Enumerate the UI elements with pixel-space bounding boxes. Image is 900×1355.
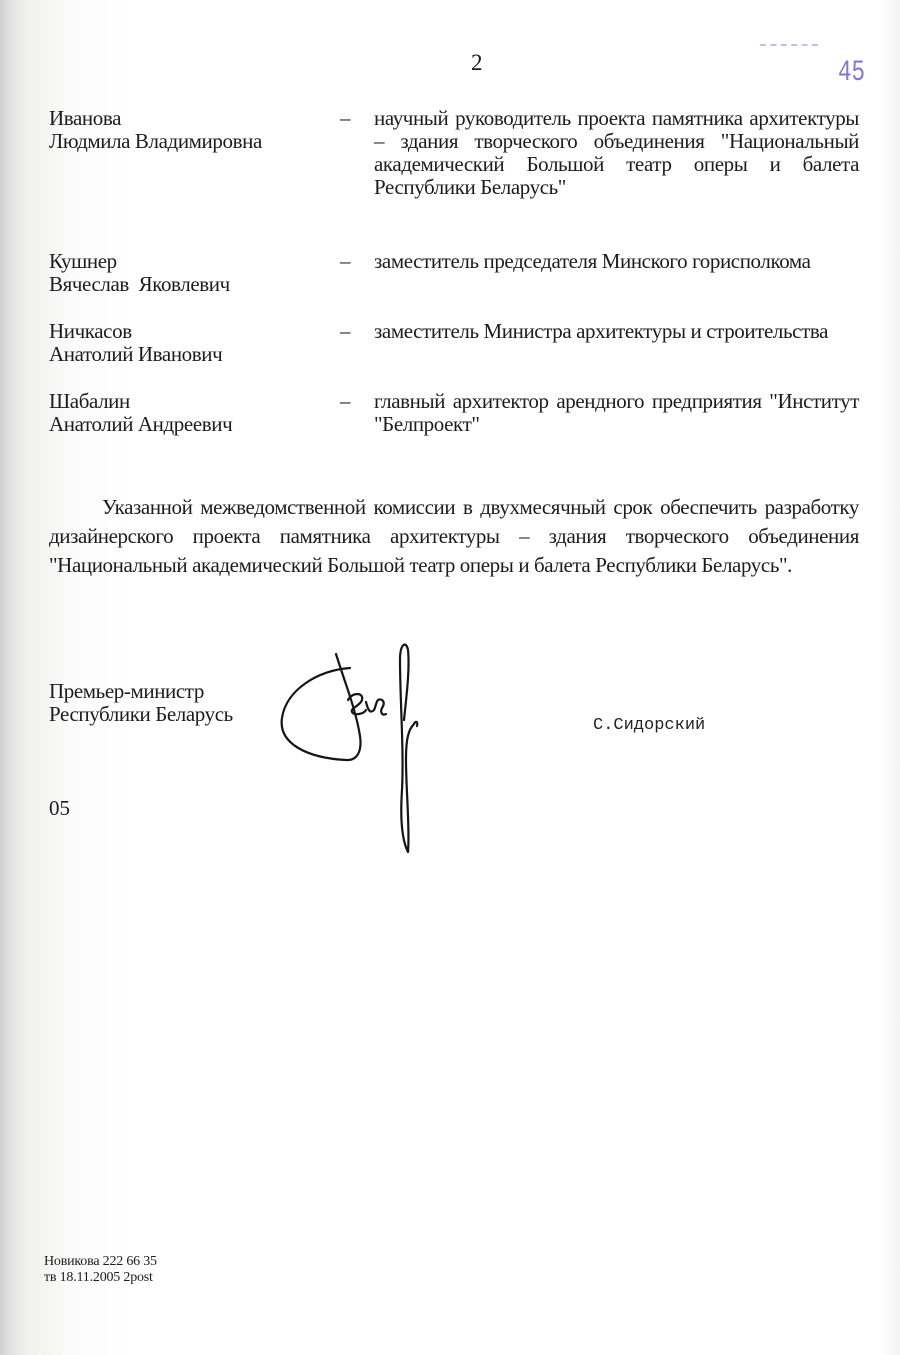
member-name: Ничкасов Анатолий Иванович xyxy=(49,320,339,366)
stamp-mark xyxy=(760,44,818,48)
member-surname: Ничкасов xyxy=(49,320,339,343)
directive-paragraph: Указанной межведомственной комиссии в дв… xyxy=(49,493,859,580)
handwritten-signature-icon xyxy=(278,640,438,860)
footer-line2: тв 18.11.2005 2post xyxy=(44,1270,157,1286)
member-dash: – xyxy=(340,107,360,130)
member-dash: – xyxy=(340,390,360,413)
commission-member: Шабалин Анатолий Андреевич – главный арх… xyxy=(49,390,859,436)
member-given-names: Анатолий Иванович xyxy=(49,343,339,366)
footer-line1: Новикова 222 66 35 xyxy=(44,1254,157,1270)
signer-title-line2: Республики Беларусь xyxy=(49,703,233,726)
archive-stamp-number: 45 xyxy=(838,56,865,90)
signer-name: С.Сидорский xyxy=(593,716,705,735)
member-role: главный архитектор арендного предприятия… xyxy=(374,390,859,436)
commission-member: Иванова Людмила Владимировна – научный р… xyxy=(49,107,859,225)
member-name: Шабалин Анатолий Андреевич xyxy=(49,390,339,436)
member-role: научный руководитель проекта памятника а… xyxy=(374,107,859,199)
document-code: 05 xyxy=(49,797,70,820)
member-name: Кушнер Вячеслав Яковлевич xyxy=(49,250,339,296)
page-number: 2 xyxy=(471,50,483,76)
member-given-names: Анатолий Андреевич xyxy=(49,413,339,436)
commission-member: Ничкасов Анатолий Иванович – заместитель… xyxy=(49,320,859,366)
member-surname: Кушнер xyxy=(49,250,339,273)
footer-executor: Новикова 222 66 35 тв 18.11.2005 2post xyxy=(44,1254,157,1286)
commission-member: Кушнер Вячеслав Яковлевич – заместитель … xyxy=(49,250,859,296)
signer-title: Премьер-министр Республики Беларусь xyxy=(49,680,233,726)
member-given-names: Вячеслав Яковлевич xyxy=(49,273,339,296)
member-surname: Иванова xyxy=(49,107,339,130)
member-role: заместитель председателя Минского горисп… xyxy=(374,250,859,273)
signer-title-line1: Премьер-министр xyxy=(49,680,233,703)
member-given-names: Людмила Владимировна xyxy=(49,130,339,153)
member-dash: – xyxy=(340,320,360,343)
member-dash: – xyxy=(340,250,360,273)
member-surname: Шабалин xyxy=(49,390,339,413)
member-name: Иванова Людмила Владимировна xyxy=(49,107,339,153)
member-role: заместитель Министра архитектуры и строи… xyxy=(374,320,859,343)
